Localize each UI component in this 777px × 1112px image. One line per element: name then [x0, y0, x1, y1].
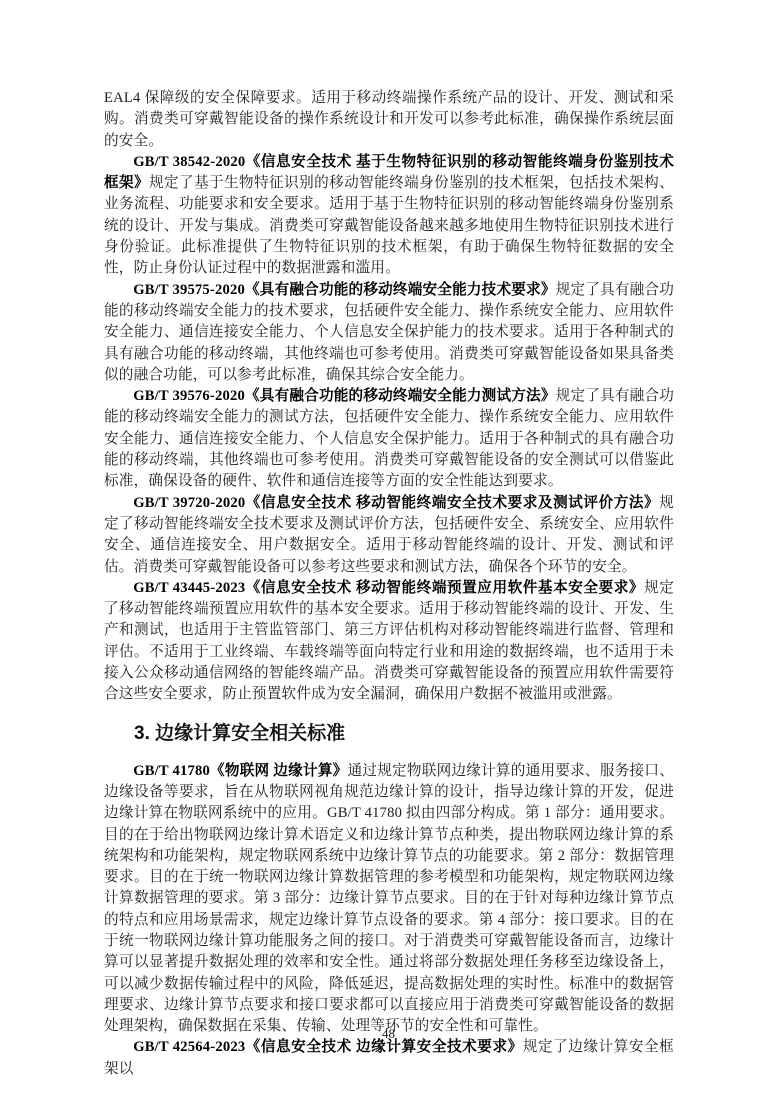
paragraph: GB/T 39576-2020《具有融合功能的移动终端安全能力测试方法》规定了具…: [104, 386, 674, 492]
paragraph: GB/T 39720-2020《信息安全技术 移动智能终端安全技术要求及测试评价…: [104, 493, 674, 578]
paragraph: GB/T 41780《物联网 边缘计算》通过规定物联网边缘计算的通用要求、服务接…: [104, 761, 674, 1038]
paragraph: GB/T 43445-2023《信息安全技术 移动智能终端预置应用软件基本安全要…: [104, 578, 674, 706]
document-body: EAL4 保障级的安全保障要求。适用于移动终端操作系统产品的设计、开发、测试和采…: [104, 88, 674, 1080]
paragraph: EAL4 保障级的安全保障要求。适用于移动终端操作系统产品的设计、开发、测试和采…: [104, 88, 674, 152]
body-text: 规定了基于生物特征识别的移动智能终端身份鉴别的技术框架，包括技术架构、业务流程、…: [104, 175, 674, 276]
standard-reference: GB/T 39576-2020《具有融合功能的移动终端安全能力测试方法》: [133, 388, 555, 404]
paragraph: GB/T 38542-2020《信息安全技术 基于生物特征识别的移动智能终端身份…: [104, 152, 674, 280]
paragraph: GB/T 42564-2023《信息安全技术 边缘计算安全技术要求》规定了边缘计…: [104, 1037, 674, 1080]
paragraph: GB/T 39575-2020《具有融合功能的移动终端安全能力技术要求》规定了具…: [104, 280, 674, 386]
body-text: EAL4 保障级的安全保障要求。适用于移动终端操作系统产品的设计、开发、测试和采…: [104, 90, 674, 149]
page-number: 48: [0, 1026, 777, 1042]
standard-reference: GB/T 39720-2020《信息安全技术 移动智能终端安全技术要求及测试评价…: [133, 495, 659, 511]
standard-reference: GB/T 41780《物联网 边缘计算》: [133, 763, 347, 779]
document-page: EAL4 保障级的安全保障要求。适用于移动终端操作系统产品的设计、开发、测试和采…: [0, 0, 777, 1112]
body-text: 规定了移动智能终端预置应用软件的基本安全要求。适用于移动智能终端的设计、开发、生…: [104, 580, 674, 702]
standard-reference: GB/T 39575-2020《具有融合功能的移动终端安全能力技术要求》: [133, 282, 555, 298]
standard-reference: GB/T 43445-2023《信息安全技术 移动智能终端预置应用软件基本安全要…: [133, 580, 644, 596]
body-text: 通过规定物联网边缘计算的通用要求、服务接口、边缘设备等要求，旨在从物联网视角规范…: [104, 763, 674, 1035]
section-heading: 3. 边缘计算安全相关标准: [104, 721, 674, 747]
